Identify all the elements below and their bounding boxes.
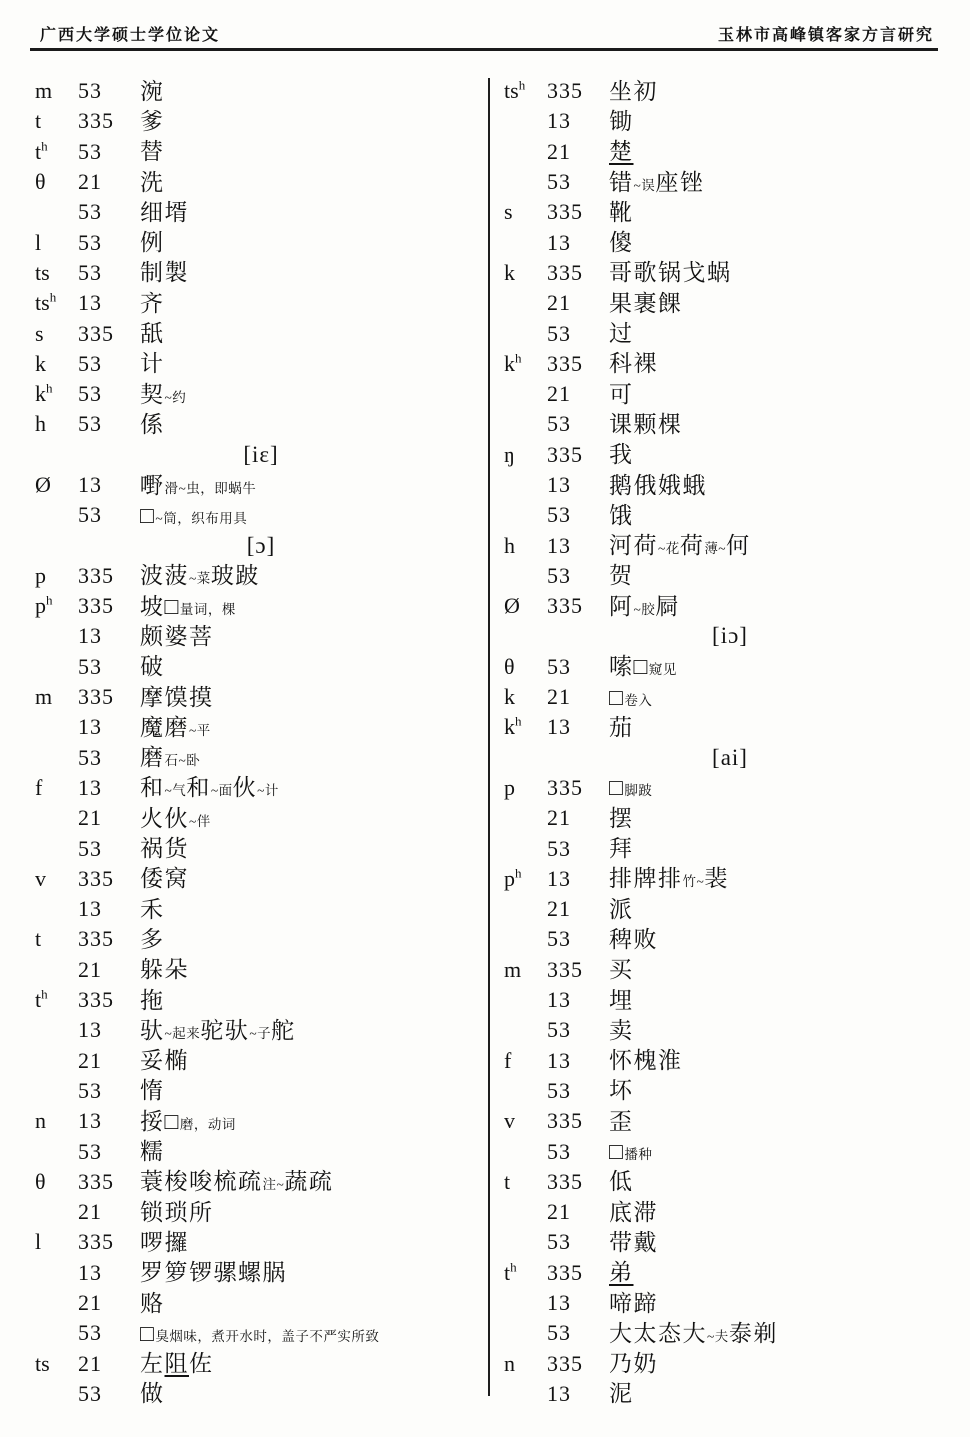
entry-row: p335□脚跛: [504, 773, 956, 803]
tone-value: 13: [547, 1292, 609, 1314]
tone-value: 53: [78, 504, 140, 526]
rime-label: [ɔ]: [247, 533, 276, 559]
example-characters: 赂: [140, 1292, 487, 1315]
character-segment: 玻跛: [211, 563, 260, 588]
character-segment: 多: [140, 927, 165, 952]
entry-row: 13泥: [504, 1379, 956, 1409]
initial-consonant: kh: [504, 353, 547, 375]
initial-consonant: t: [35, 928, 78, 950]
character-segment: 契: [140, 382, 165, 407]
entry-row: 53大太态大~夫泰剃: [504, 1318, 956, 1348]
tone-value: 335: [547, 353, 609, 375]
entry-row: k335哥歌锅戈蜗: [504, 258, 956, 288]
tone-value: 13: [547, 868, 609, 890]
entry-row: h53係: [35, 409, 487, 439]
example-characters: 哥歌锅戈蜗: [609, 261, 956, 284]
character-segment: 嘢: [140, 473, 165, 498]
tone-value: 53: [78, 747, 140, 769]
tone-value: 335: [547, 1353, 609, 1375]
aspiration-superscript: h: [510, 1259, 517, 1274]
example-characters: 波菠~菜玻跛: [140, 564, 487, 587]
character-segment: 薄~: [704, 541, 726, 556]
example-characters: 泥: [609, 1382, 956, 1405]
tone-value: 335: [78, 565, 140, 587]
example-characters: 爹: [140, 110, 487, 133]
right-column: tsh335坐初13锄21楚53错~误座锉s335靴13傻k335哥歌锅戈蜗21…: [504, 76, 956, 1409]
example-characters: 左阻佐: [140, 1352, 487, 1375]
example-characters: 禾: [140, 898, 487, 921]
entry-row: 53过: [504, 318, 956, 348]
entry-row: n335乃奶: [504, 1348, 956, 1378]
example-characters: 茄: [609, 716, 956, 739]
character-segment: 涴: [140, 79, 165, 104]
initial-consonant: m: [35, 686, 78, 708]
tone-value: 335: [547, 1110, 609, 1132]
tone-value: 53: [78, 413, 140, 435]
character-segment: □: [140, 503, 155, 528]
entry-row: t335低: [504, 1167, 956, 1197]
character-segment: 坐初: [609, 79, 658, 104]
character-segment: ~起来: [165, 1026, 201, 1041]
entry-row: tsh335坐初: [504, 76, 956, 106]
character-segment: □: [609, 1139, 624, 1164]
tone-value: 335: [78, 868, 140, 890]
character-segment: 破: [140, 654, 165, 679]
character-segment: ~花: [658, 541, 680, 556]
character-segment: 贺: [609, 563, 634, 588]
example-characters: 带戴: [609, 1231, 956, 1254]
example-characters: 啼蹄: [609, 1292, 956, 1315]
tone-value: 335: [547, 1171, 609, 1193]
character-segment: ~筒，织布用具: [155, 511, 247, 526]
initial-consonant: kh: [504, 716, 547, 738]
character-segment: 埋: [609, 988, 634, 1013]
character-segment: 歪: [609, 1109, 634, 1134]
entry-row: 53带戴: [504, 1227, 956, 1257]
example-characters: 做: [140, 1382, 487, 1405]
character-segment: 罗箩锣骡螺脶: [140, 1260, 287, 1285]
character-segment: 弟: [609, 1260, 634, 1285]
tone-value: 335: [78, 595, 140, 617]
character-segment: 座锉: [655, 170, 704, 195]
example-characters: 错~误座锉: [609, 171, 956, 194]
character-segment: 靴: [609, 200, 634, 225]
example-characters: 魔磨~平: [140, 716, 487, 739]
character-segment: 茄: [609, 715, 634, 740]
tone-value: 335: [78, 989, 140, 1011]
header-right-title: 玉林市高峰镇客家方言研究: [718, 22, 934, 45]
character-segment: 蔬疏: [284, 1169, 333, 1194]
entry-row: 53磨石~卧: [35, 743, 487, 773]
entry-row: kh13茄: [504, 712, 956, 742]
character-segment: 播种: [624, 1147, 652, 1162]
entry-row: v335歪: [504, 1106, 956, 1136]
initial-consonant: k: [35, 353, 78, 375]
character-segment: 糯: [140, 1139, 165, 1164]
initial-consonant: k: [504, 686, 547, 708]
initial-consonant: t: [504, 1171, 547, 1193]
character-segment: 何: [726, 533, 751, 558]
example-characters: 倭窝: [140, 867, 487, 890]
character-segment: 驼驮: [200, 1018, 249, 1043]
initial-consonant: n: [35, 1110, 78, 1132]
character-segment: 左: [140, 1351, 165, 1376]
entry-row: f13和~气和~面伙~计: [35, 773, 487, 803]
example-characters: 涴: [140, 80, 487, 103]
entry-row: Ø335阿~胶屙: [504, 591, 956, 621]
tone-value: 53: [547, 1322, 609, 1344]
example-characters: 买: [609, 958, 956, 981]
rime-label: [iɛ]: [243, 442, 278, 468]
entry-row: 21楚: [504, 137, 956, 167]
entry-row: θ335蓑梭唆梳疏注~蔬疏: [35, 1167, 487, 1197]
entry-row: 53□臭烟味，煮开水时，盖子不严实所致: [35, 1318, 487, 1348]
entry-row: v335倭窝: [35, 864, 487, 894]
example-characters: 和~气和~面伙~计: [140, 776, 487, 799]
entry-row: 21可: [504, 379, 956, 409]
tone-value: 53: [78, 383, 140, 405]
character-segment: 挼□: [140, 1109, 180, 1134]
entry-row: θ53嗦□窥见: [504, 652, 956, 682]
example-characters: 埋: [609, 989, 956, 1012]
entry-row: 53做: [35, 1379, 487, 1409]
character-segment: 底滞: [609, 1200, 658, 1225]
character-segment: 拜: [609, 836, 634, 861]
example-characters: 蓑梭唆梳疏注~蔬疏: [140, 1170, 487, 1193]
example-characters: 拜: [609, 837, 956, 860]
example-characters: □臭烟味，煮开水时，盖子不严实所致: [140, 1322, 487, 1345]
character-segment: 竹~: [683, 874, 705, 889]
character-segment: 怀槐淮: [609, 1048, 683, 1073]
entry-row: 53惰: [35, 1076, 487, 1106]
entry-row: 53□播种: [504, 1136, 956, 1166]
tone-value: 13: [547, 989, 609, 1011]
example-characters: 妥椭: [140, 1049, 487, 1072]
tone-value: 21: [78, 1292, 140, 1314]
entry-row: n13挼□磨，动词: [35, 1106, 487, 1136]
example-characters: 果裹餜: [609, 292, 956, 315]
character-segment: 齐: [140, 291, 165, 316]
aspiration-superscript: h: [515, 350, 522, 365]
entry-row: th335拖: [35, 985, 487, 1015]
character-segment: 锁琐所: [140, 1200, 214, 1225]
character-segment: 躲朵: [140, 957, 189, 982]
entry-row: th53替: [35, 137, 487, 167]
example-characters: 驮~起来驼驮~子舵: [140, 1019, 487, 1042]
character-segment: 舐: [140, 321, 165, 346]
tone-value: 21: [547, 898, 609, 920]
example-characters: 贺: [609, 564, 956, 587]
character-segment: 阿: [609, 594, 634, 619]
aspiration-superscript: h: [515, 714, 522, 729]
tone-value: 335: [78, 323, 140, 345]
example-characters: 派: [609, 898, 956, 921]
character-segment: 替: [140, 139, 165, 164]
character-segment: ~胶: [634, 602, 656, 617]
tone-value: 13: [78, 1262, 140, 1284]
initial-consonant: tsh: [35, 292, 78, 314]
example-characters: 颇婆菩: [140, 625, 487, 648]
example-characters: 罗箩锣骡螺脶: [140, 1261, 487, 1284]
tone-value: 53: [547, 656, 609, 678]
example-characters: 摆: [609, 807, 956, 830]
entry-row: 53卖: [504, 1015, 956, 1045]
entry-row: 13傻: [504, 227, 956, 257]
tone-value: 335: [547, 777, 609, 799]
tone-value: 13: [78, 777, 140, 799]
entry-row: l335啰攞: [35, 1227, 487, 1257]
example-characters: 破: [140, 655, 487, 678]
character-segment: 楚: [609, 139, 634, 164]
character-segment: 做: [140, 1381, 165, 1406]
character-segment: 注~: [263, 1177, 285, 1192]
character-segment: 啰攞: [140, 1230, 189, 1255]
tone-value: 335: [78, 928, 140, 950]
entry-row: 21锁琐所: [35, 1197, 487, 1227]
entry-row: 13罗箩锣骡螺脶: [35, 1258, 487, 1288]
initial-consonant: f: [35, 777, 78, 799]
character-segment: 量词，棵: [180, 602, 236, 617]
tone-value: 53: [78, 201, 140, 223]
tone-value: 53: [78, 1322, 140, 1344]
initial-consonant: l: [35, 232, 78, 254]
entry-row: p335波菠~菜玻跛: [35, 561, 487, 591]
initial-consonant: Ø: [504, 595, 547, 617]
initial-consonant: tsh: [504, 80, 547, 102]
character-segment: 驮: [140, 1018, 165, 1043]
character-segment: ~夫: [707, 1329, 729, 1344]
example-characters: 糯: [140, 1140, 487, 1163]
tone-value: 13: [78, 292, 140, 314]
initial-consonant: l: [35, 1231, 78, 1253]
entry-row: t335爹: [35, 106, 487, 136]
entry-row: 53破: [35, 652, 487, 682]
tone-value: 13: [547, 535, 609, 557]
example-characters: 鹅俄娥蛾: [609, 474, 956, 497]
character-segment: 窥见: [649, 662, 677, 677]
example-characters: 大太态大~夫泰剃: [609, 1322, 956, 1345]
rime-section-row: [iɛ]: [35, 440, 487, 470]
character-segment: 买: [609, 957, 634, 982]
character-segment: ~伴: [189, 814, 211, 829]
character-segment: 锄: [609, 109, 634, 134]
example-characters: 稗败: [609, 928, 956, 951]
entry-row: m335买: [504, 955, 956, 985]
example-characters: 齐: [140, 292, 487, 315]
entry-row: 13魔磨~平: [35, 712, 487, 742]
entry-row: θ21洗: [35, 167, 487, 197]
entry-row: 53课颗棵: [504, 409, 956, 439]
initial-consonant: h: [35, 413, 78, 435]
character-segment: 河荷: [609, 533, 658, 558]
entry-row: 13鹅俄娥蛾: [504, 470, 956, 500]
character-segment: 磨: [140, 745, 165, 770]
character-segment: 摆: [609, 806, 634, 831]
character-segment: 饿: [609, 503, 634, 528]
character-segment: □: [609, 685, 624, 710]
initial-consonant: th: [504, 1262, 547, 1284]
tone-value: 53: [78, 1383, 140, 1405]
character-segment: ~误: [634, 178, 656, 193]
tone-value: 21: [547, 1201, 609, 1223]
example-characters: 躲朵: [140, 958, 487, 981]
tone-value: 335: [547, 80, 609, 102]
initial-consonant: Ø: [35, 474, 78, 496]
character-segment: 派: [609, 897, 634, 922]
initial-consonant: h: [504, 535, 547, 557]
character-segment: 洗: [140, 170, 165, 195]
character-segment: ~平: [189, 723, 211, 738]
initial-consonant: θ: [35, 171, 78, 193]
tone-value: 53: [78, 141, 140, 163]
example-characters: 契~约: [140, 383, 487, 406]
character-segment: 荷: [680, 533, 705, 558]
tone-value: 335: [547, 444, 609, 466]
tone-value: 53: [547, 928, 609, 950]
example-characters: 拖: [140, 989, 487, 1012]
aspiration-superscript: h: [46, 593, 53, 608]
tone-value: 21: [547, 686, 609, 708]
tone-value: 21: [547, 807, 609, 829]
tone-value: 13: [547, 1383, 609, 1405]
initial-consonant: ts: [35, 262, 78, 284]
entry-row: k53计: [35, 349, 487, 379]
thesis-scan-page: 广西大学硕士学位论文 玉林市高峰镇客家方言研究 m53涴t335爹th53替θ2…: [0, 0, 970, 1437]
rime-section-row: [ɔ]: [35, 530, 487, 560]
character-segment: 臭烟味，煮开水时，盖子不严实所致: [155, 1329, 379, 1344]
tone-value: 53: [547, 1019, 609, 1041]
entry-row: 21果裹餜: [504, 288, 956, 318]
initial-consonant: k: [504, 262, 547, 284]
character-segment: 啼蹄: [609, 1291, 658, 1316]
tone-value: 53: [78, 656, 140, 678]
initial-consonant: v: [35, 868, 78, 890]
character-segment: 爹: [140, 109, 165, 134]
example-characters: 低: [609, 1170, 956, 1193]
character-segment: ~菜: [189, 571, 211, 586]
left-column: m53涴t335爹th53替θ21洗53细壻l53例ts53制製tsh13齐s3…: [35, 76, 487, 1409]
entry-row: s335舐: [35, 318, 487, 348]
entry-row: t335多: [35, 924, 487, 954]
character-segment: 科裸: [609, 351, 658, 376]
example-characters: 制製: [140, 261, 487, 284]
character-segment: 鹅俄娥蛾: [609, 473, 707, 498]
example-characters: 挼□磨，动词: [140, 1110, 487, 1133]
example-characters: 计: [140, 352, 487, 375]
tone-value: 13: [78, 474, 140, 496]
character-segment: 石~卧: [165, 753, 201, 768]
entry-row: 13颇婆菩: [35, 621, 487, 651]
entry-row: l53例: [35, 227, 487, 257]
character-segment: ~计: [257, 783, 279, 798]
example-characters: 坐初: [609, 80, 956, 103]
tone-value: 13: [547, 474, 609, 496]
example-characters: 火伙~伴: [140, 807, 487, 830]
entry-row: 13锄: [504, 106, 956, 136]
entry-row: 21底滞: [504, 1197, 956, 1227]
entry-row: 53贺: [504, 561, 956, 591]
tone-value: 335: [547, 201, 609, 223]
entry-row: ph13排牌排竹~裴: [504, 864, 956, 894]
character-segment: 火伙: [140, 806, 189, 831]
example-characters: 排牌排竹~裴: [609, 867, 956, 890]
tone-value: 21: [78, 1353, 140, 1375]
entry-row: 53□~筒，织布用具: [35, 500, 487, 530]
character-segment: 嗦□: [609, 654, 649, 679]
example-characters: 洗: [140, 171, 487, 194]
entry-row: 21派: [504, 894, 956, 924]
initial-consonant: s: [35, 323, 78, 345]
entry-row: f13怀槐淮: [504, 1046, 956, 1076]
character-segment: 摩馍摸: [140, 685, 214, 710]
entry-row: 53坏: [504, 1076, 956, 1106]
character-segment: 哥歌锅戈蜗: [609, 260, 732, 285]
tone-value: 13: [78, 1110, 140, 1132]
entry-row: 21妥椭: [35, 1046, 487, 1076]
example-characters: 歪: [609, 1110, 956, 1133]
character-segment: 波菠: [140, 563, 189, 588]
character-segment: 卖: [609, 1018, 634, 1043]
example-characters: □卷入: [609, 686, 956, 709]
tone-value: 13: [78, 716, 140, 738]
initial-consonant: θ: [35, 1171, 78, 1193]
tone-value: 335: [547, 595, 609, 617]
aspiration-superscript: h: [50, 290, 57, 305]
tone-value: 13: [547, 716, 609, 738]
entry-row: 53拜: [504, 833, 956, 863]
entry-row: 53细壻: [35, 197, 487, 227]
tone-value: 53: [78, 838, 140, 860]
tone-value: 21: [547, 141, 609, 163]
character-segment: 泥: [609, 1381, 634, 1406]
initial-consonant: f: [504, 1050, 547, 1072]
example-characters: 怀槐淮: [609, 1049, 956, 1072]
character-segment: 祸货: [140, 836, 189, 861]
character-segment: 阻: [165, 1351, 190, 1376]
example-characters: 过: [609, 322, 956, 345]
entry-row: 13埋: [504, 985, 956, 1015]
tone-value: 335: [547, 959, 609, 981]
example-characters: 乃奶: [609, 1352, 956, 1375]
tone-value: 13: [547, 232, 609, 254]
entry-row: h13河荷~花荷薄~何: [504, 530, 956, 560]
tone-value: 53: [78, 353, 140, 375]
tone-value: 21: [78, 959, 140, 981]
character-segment: 和: [140, 775, 165, 800]
tone-value: 21: [78, 1201, 140, 1223]
header-left-title: 广西大学硕士学位论文: [40, 22, 220, 45]
example-characters: 楚: [609, 140, 956, 163]
example-characters: 摩馍摸: [140, 686, 487, 709]
aspiration-superscript: h: [41, 138, 48, 153]
example-characters: 係: [140, 413, 487, 436]
entry-row: Ø13嘢滑~虫，即蜗牛: [35, 470, 487, 500]
tone-value: 335: [78, 110, 140, 132]
tone-value: 13: [547, 1050, 609, 1072]
character-segment: 乃奶: [609, 1351, 658, 1376]
character-segment: 过: [609, 321, 634, 346]
rime-label: [iɔ]: [712, 623, 748, 649]
entry-row: m335摩馍摸: [35, 682, 487, 712]
example-characters: 磨石~卧: [140, 746, 487, 769]
tone-value: 335: [547, 262, 609, 284]
character-segment: 係: [140, 412, 165, 437]
character-segment: 蓑梭唆梳疏: [140, 1169, 263, 1194]
character-segment: 脚跛: [624, 783, 652, 798]
character-segment: 拖: [140, 988, 165, 1013]
character-segment: 傻: [609, 230, 634, 255]
tone-value: 53: [547, 504, 609, 526]
